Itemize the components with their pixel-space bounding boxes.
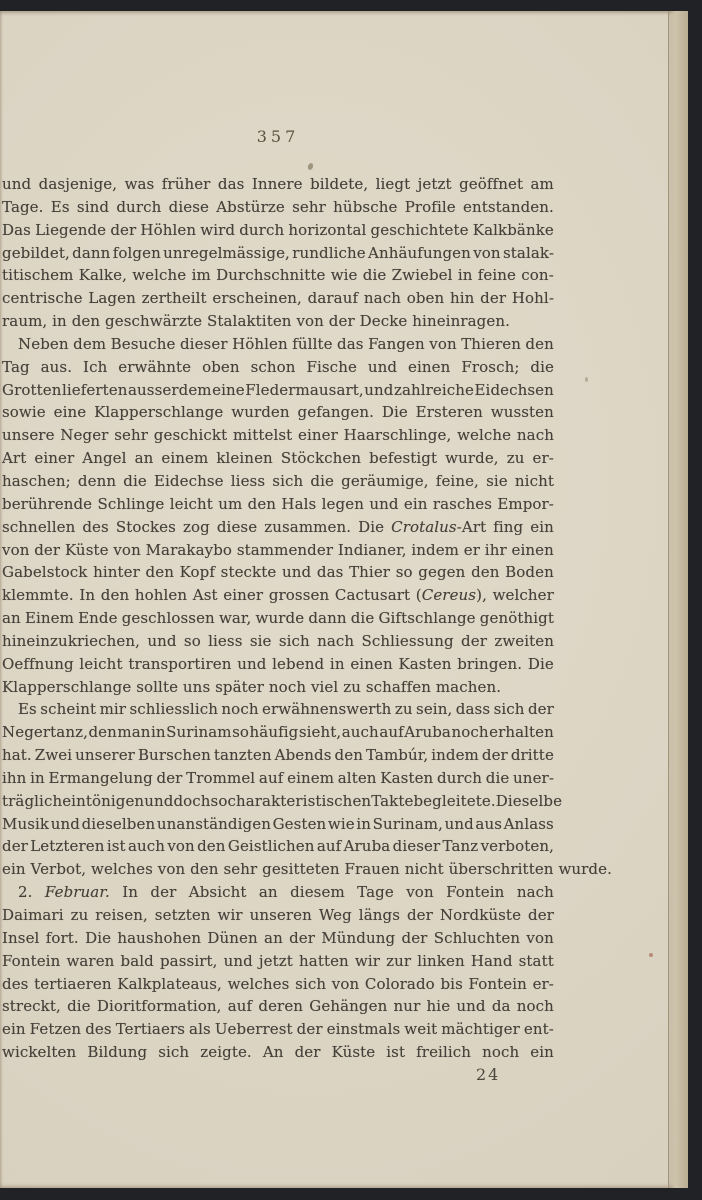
word: ein: [2, 860, 26, 878]
word: überschritten: [449, 860, 554, 878]
word: sehr: [292, 196, 326, 219]
word: sich: [279, 630, 310, 653]
word: erscheinen,: [212, 287, 302, 310]
word: ein: [404, 493, 428, 516]
word: Thier: [349, 561, 390, 584]
word: einem: [287, 767, 334, 790]
word: Art: [2, 447, 26, 470]
word: auf: [259, 767, 283, 790]
word: Weg: [319, 904, 352, 927]
word: In: [79, 584, 95, 607]
word: an: [135, 447, 154, 470]
word: den: [146, 561, 174, 584]
word: der: [402, 927, 428, 950]
word: ihn: [2, 767, 26, 790]
word: Anlass: [504, 813, 554, 836]
word: den: [525, 333, 553, 356]
word: Fangen: [368, 333, 425, 356]
word: wussten: [491, 401, 554, 424]
word: tertiaeren: [34, 973, 111, 996]
word: Hand: [471, 950, 513, 973]
word: feine,: [436, 470, 479, 493]
word: von: [406, 881, 433, 904]
word: wickelten: [2, 1041, 76, 1064]
word: Es: [51, 196, 70, 219]
word: früher: [162, 173, 211, 196]
word: wurde.: [558, 860, 612, 878]
word: von: [526, 927, 553, 950]
word: liess: [208, 630, 242, 653]
word: ausserdem: [128, 379, 212, 402]
page-paper: 357 und dasjenige, was früher das Innere…: [0, 11, 688, 1188]
word: noch: [517, 995, 554, 1018]
word: Takte: [371, 790, 413, 813]
word: ist: [386, 1041, 405, 1064]
text-line: unsere Neger sehr geschickt mittelst ein…: [2, 424, 554, 447]
word: titischem: [2, 264, 73, 287]
word: waren: [66, 950, 114, 973]
word: in: [52, 312, 67, 330]
word: 2.: [18, 881, 33, 904]
signature-mark: 24: [476, 1065, 500, 1084]
word: Trommel: [186, 767, 255, 790]
word: die: [351, 607, 375, 630]
word: bildete,: [310, 173, 368, 196]
ink-speck: [307, 162, 314, 170]
word: noch: [269, 678, 306, 696]
ink-speck: [649, 953, 653, 957]
word: mittelst: [233, 424, 292, 447]
word: Kasten: [398, 653, 451, 676]
word: zog: [183, 516, 210, 539]
word: geschickt: [154, 424, 227, 447]
word: Dioritformation,: [97, 995, 222, 1018]
word: und: [2, 173, 31, 196]
word: legen: [322, 493, 364, 516]
word: setzten: [155, 904, 211, 927]
text-line: hineinzukriechen, und so liess sie sich …: [2, 630, 554, 653]
word: nach: [517, 424, 554, 447]
word: Giftschlange: [378, 607, 475, 630]
word: von: [2, 539, 29, 562]
word: Daimari: [2, 904, 64, 927]
word: Dieselbe: [496, 790, 562, 813]
word: leicht: [170, 493, 213, 516]
word: und: [144, 790, 173, 813]
word: hin: [450, 287, 474, 310]
word: uns: [183, 678, 210, 696]
word: unseren: [250, 904, 312, 927]
word: die: [530, 356, 554, 379]
word: erwähnte: [118, 356, 191, 379]
word: charakteristischen: [227, 790, 371, 813]
word: erhalten: [489, 721, 554, 744]
word: als: [189, 1018, 211, 1041]
word: wie: [328, 813, 355, 836]
word: Kalkplateaus,: [117, 973, 222, 996]
word: und: [51, 813, 80, 836]
word: einem: [161, 447, 208, 470]
text-line: centrische Lagen zertheilt erscheinen, d…: [2, 287, 554, 310]
word: geöffnet: [459, 173, 523, 196]
word: das: [218, 173, 245, 196]
word: so: [211, 790, 228, 813]
word: von: [167, 835, 194, 858]
word: Eidechsen: [475, 379, 554, 402]
word: Hohl-: [512, 287, 554, 310]
text-line: Fontein waren bald passirt, und jetzt ha…: [2, 950, 554, 973]
word: nach: [317, 630, 354, 653]
word: dritte: [511, 744, 554, 767]
word: Ast: [193, 584, 218, 607]
word: eintönigen: [62, 790, 144, 813]
word: der: [407, 904, 433, 927]
word: dann: [308, 607, 346, 630]
text-line: schnellen des Stockes zog diese zusammen…: [2, 516, 554, 539]
word: so: [396, 561, 413, 584]
word: jetzt: [418, 173, 452, 196]
text-line: Es scheint mir schliesslich noch erwähne…: [2, 698, 554, 721]
word: Lagen: [88, 287, 136, 310]
word: denn: [78, 470, 116, 493]
text-line: von der Küste von Marakaybo stammender I…: [2, 539, 554, 562]
word: liess: [231, 470, 265, 493]
book-page-scan: 357 und dasjenige, was früher das Innere…: [0, 0, 702, 1200]
word: Frauen: [344, 860, 399, 878]
word: dieser: [180, 333, 228, 356]
word: Bildung: [87, 1041, 147, 1064]
word: Fische: [306, 356, 356, 379]
word: so: [232, 721, 249, 744]
word: um: [218, 493, 242, 516]
word: welches: [91, 860, 153, 878]
word: Innere: [252, 173, 303, 196]
word: auf: [379, 721, 403, 744]
word: scheint: [40, 698, 96, 721]
word: auch: [342, 721, 379, 744]
word: Colorado: [365, 973, 435, 996]
word: das: [317, 561, 344, 584]
word: zusammen.: [264, 516, 351, 539]
word: nicht: [515, 470, 554, 493]
word: hat.: [2, 744, 32, 767]
word: sie: [250, 630, 272, 653]
word: zertheilt: [142, 287, 207, 310]
word: sich: [158, 1041, 189, 1064]
word: ent-: [524, 1018, 554, 1041]
word: am: [531, 173, 554, 196]
word: wurden: [231, 401, 289, 424]
word: mir: [100, 698, 127, 721]
word: der: [480, 287, 506, 310]
word: An: [263, 1041, 284, 1064]
word: Fledermausart,: [245, 379, 364, 402]
word: wir: [355, 950, 380, 973]
word: den: [197, 835, 225, 858]
text-line: Grotten lieferten ausserdem eine Flederm…: [2, 379, 554, 402]
word: indem: [431, 744, 479, 767]
word: wird: [200, 219, 235, 242]
word: auf: [228, 995, 252, 1018]
word: transportiren: [128, 653, 231, 676]
word: genöthigt: [480, 607, 554, 630]
text-line: des tertiaeren Kalkplateaus, welches sic…: [2, 973, 554, 996]
word: Kalke,: [79, 264, 127, 287]
word: steckte: [221, 561, 277, 584]
word: Zwei: [35, 744, 72, 767]
word: unregelmässige,: [163, 242, 290, 265]
word: welche: [457, 424, 511, 447]
word: schnellen: [2, 516, 75, 539]
word: geschichtete: [371, 219, 469, 242]
word: und: [369, 493, 398, 516]
word: füllte: [292, 333, 332, 356]
word: dieselben: [82, 813, 156, 836]
word: ein: [530, 1041, 554, 1064]
word: Gehängen: [309, 995, 387, 1018]
word: Abends: [275, 744, 332, 767]
word: uner-: [513, 767, 554, 790]
text-line: klemmte. In den hohlen Ast einer grossen…: [2, 584, 554, 607]
word: Insel: [2, 927, 39, 950]
word: hohlen: [135, 584, 187, 607]
text-line: Negertanz, den man in Surinam so häufig …: [2, 721, 554, 744]
word: Klapperschlange: [2, 678, 131, 696]
word: da: [492, 995, 511, 1018]
word: so: [184, 630, 201, 653]
word: sein,: [416, 698, 452, 721]
word: berührende: [2, 493, 92, 516]
word: Die: [382, 401, 408, 424]
word: dasjenige,: [39, 173, 117, 196]
word: aus: [475, 813, 502, 836]
word: Klapperschlange: [94, 401, 223, 424]
text-line: Insel fort. Die haushohen Dünen an der M…: [2, 927, 554, 950]
word: hatten: [299, 950, 349, 973]
word: der: [295, 1041, 321, 1064]
word: Negertanz,: [2, 721, 88, 744]
word: Schluchten: [434, 927, 520, 950]
word: lieferten: [62, 379, 128, 402]
word: passirt,: [160, 950, 218, 973]
word: Angel: [82, 447, 126, 470]
word: ihr: [485, 539, 507, 562]
word: und: [224, 950, 253, 973]
text-line: der Letzteren ist auch von den Geistlich…: [2, 835, 554, 858]
word: raum,: [2, 312, 47, 330]
word: Verbot,: [31, 860, 87, 878]
word: sehr: [114, 424, 148, 447]
word: Anhäufungen: [368, 242, 471, 265]
word: wie: [331, 264, 358, 287]
word: an: [264, 927, 283, 950]
word: ein: [530, 516, 554, 539]
word: Cactusart: [335, 584, 410, 607]
word: Tanz: [443, 835, 479, 858]
word: hie: [427, 995, 451, 1018]
word: der: [461, 630, 487, 653]
word: lebend: [272, 653, 324, 676]
word: Ersteren: [416, 401, 483, 424]
word: Surinam,: [373, 813, 443, 836]
word: sie: [486, 470, 508, 493]
word: gesitteten: [262, 860, 339, 878]
word: nach: [517, 881, 554, 904]
word: Zwiebel: [392, 264, 453, 287]
word: die: [67, 995, 91, 1018]
word: zeigte.: [200, 1041, 252, 1064]
word: geschlossen: [122, 607, 215, 630]
word: Fontein: [2, 950, 60, 973]
word: befestigt: [369, 447, 437, 470]
word: unsere: [2, 424, 55, 447]
word: welcher: [493, 584, 554, 607]
word: liegt: [376, 173, 411, 196]
word: in: [30, 767, 45, 790]
word: indem: [411, 539, 459, 562]
word: und: [456, 995, 485, 1018]
word: diesem: [290, 881, 345, 904]
word: Ende: [78, 607, 118, 630]
word: In: [122, 881, 138, 904]
word: Besuche: [111, 333, 176, 356]
word: zweiten: [494, 630, 554, 653]
word: eine: [54, 401, 87, 424]
word: den: [88, 721, 116, 744]
word: die: [486, 767, 510, 790]
word: leicht: [79, 653, 122, 676]
word: zu: [395, 698, 413, 721]
word: Indianer,: [338, 539, 407, 562]
word: er: [464, 539, 480, 562]
word: Tage.: [2, 196, 44, 219]
text-line: Tag aus. Ich erwähnte oben schon Fische …: [2, 356, 554, 379]
text-line: titischem Kalke, welche im Durchschnitte…: [2, 264, 554, 287]
text-line: haschen; denn die Eidechse liess sich di…: [2, 470, 554, 493]
word: Fontein: [446, 881, 504, 904]
word: noch: [451, 721, 488, 744]
word: in: [356, 813, 371, 836]
word: feine: [478, 264, 516, 287]
word: Grotten: [2, 379, 61, 402]
text-line: ein Verbot, welches von den sehr gesitte…: [2, 858, 554, 881]
word: schaffen: [366, 678, 431, 696]
ink-speck: [585, 377, 588, 382]
word: rasches: [433, 493, 492, 516]
word: grossen: [269, 584, 329, 607]
text-line: Gabelstock hinter den Kopf steckte und d…: [2, 561, 554, 584]
word: Küste: [65, 539, 109, 562]
word: von: [113, 539, 140, 562]
word: darauf: [308, 287, 358, 310]
word: statt: [519, 950, 554, 973]
word: durch: [437, 767, 482, 790]
word: schliesslich: [130, 698, 218, 721]
text-line: gebildet, dann folgen unregelmässige, ru…: [2, 242, 554, 265]
word: und: [282, 561, 311, 584]
word: unserer: [75, 744, 135, 767]
word: fort.: [46, 927, 79, 950]
word: der: [150, 881, 176, 904]
word: Musik: [2, 813, 49, 836]
word: Abstürze: [216, 196, 285, 219]
word: doch: [173, 790, 210, 813]
word: der: [297, 1018, 323, 1041]
word: war,: [219, 607, 251, 630]
word: und: [237, 653, 266, 676]
text-line: Oeffnung leicht transportiren und lebend…: [2, 653, 554, 676]
word: der: [2, 835, 28, 858]
word: oben: [407, 287, 445, 310]
word: linken: [417, 950, 464, 973]
word: Stöckchen: [281, 447, 361, 470]
word: Tage: [357, 881, 394, 904]
word: im: [192, 264, 211, 287]
text-line: ein Fetzen des Tertiaers als Ueberrest d…: [2, 1018, 554, 1041]
word: sich: [295, 973, 326, 996]
text-line: an Einem Ende geschlossen war, wurde dan…: [2, 607, 554, 630]
word: noch: [221, 698, 258, 721]
word: Ich: [83, 356, 107, 379]
word: hineinragen.: [412, 312, 510, 330]
word: noch: [482, 1041, 519, 1064]
word: ist: [107, 835, 126, 858]
word: dann: [72, 242, 110, 265]
word: jetzt: [259, 950, 293, 973]
word: Boden: [505, 561, 554, 584]
word: erwähnenswerth: [262, 698, 391, 721]
word: Letzteren: [30, 835, 104, 858]
word: fing: [493, 516, 523, 539]
word: in: [151, 721, 166, 744]
word: und: [364, 379, 393, 402]
word: Crotalus-Art: [391, 516, 486, 539]
scan-border-right: [688, 0, 702, 1200]
word: Höhlen: [232, 333, 288, 356]
text-block: und dasjenige, was früher das Innere bil…: [2, 173, 554, 1064]
word: Tag: [2, 356, 30, 379]
word: unanständigen: [157, 813, 271, 836]
word: des: [2, 973, 28, 996]
word: er-: [533, 973, 554, 996]
word: der: [528, 904, 554, 927]
scan-border-top: [0, 0, 702, 11]
word: man: [117, 721, 150, 744]
word: in: [458, 264, 473, 287]
text-line: sowie eine Klapperschlange wurden gefang…: [2, 401, 554, 424]
word: mächtiger: [441, 1018, 520, 1041]
word: Fontein: [469, 973, 527, 996]
word: der: [329, 312, 355, 330]
word: zu: [507, 447, 525, 470]
word: sehr: [223, 860, 257, 878]
word: eine: [212, 379, 245, 402]
word: in: [330, 653, 345, 676]
word: Die: [358, 516, 384, 539]
word: Mündung: [321, 927, 395, 950]
word: bald: [121, 950, 154, 973]
word: und: [147, 630, 176, 653]
word: Kasten: [380, 767, 433, 790]
word: kleinen: [216, 447, 272, 470]
word: an: [2, 607, 21, 630]
word: Kopf: [180, 561, 215, 584]
word: von: [332, 973, 359, 996]
word: Februar.: [45, 881, 110, 904]
word: des: [85, 1018, 111, 1041]
word: schon: [251, 356, 296, 379]
word: horizontal: [288, 219, 366, 242]
